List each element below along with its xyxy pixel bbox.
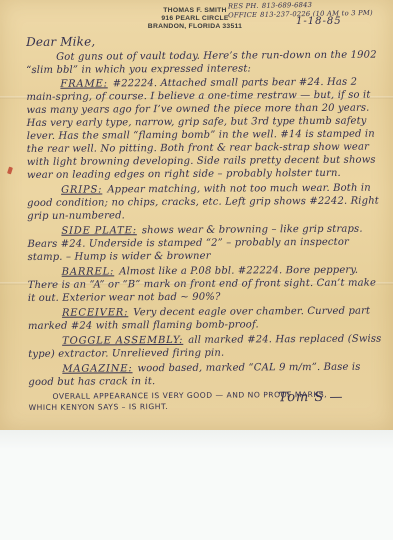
section-frame-text: #22224. Attached small parts bear #24. H… [26, 77, 375, 181]
scanned-letter: THOMAS F. SMITH 916 PEARL CIRCLE BRANDON… [0, 0, 393, 540]
salutation: Dear Mike, [26, 33, 385, 49]
section-frame: FRAME:#22224. Attached small parts bear … [26, 75, 386, 182]
section-side-plate: SIDE PLATE:shows wear & browning – like … [27, 222, 386, 264]
section-barrel-heading: BARREL: [62, 266, 115, 277]
section-barrel: BARREL:Almost like a P.08 bbl. #22224. B… [28, 263, 387, 305]
letter-body: Dear Mike, Got guns out of vault today. … [26, 33, 388, 405]
letterhead-address-line2: BRANDON, FLORIDA 33511 [130, 23, 260, 31]
section-receiver: RECEIVER:Very decent eagle over chamber.… [28, 304, 387, 333]
office-phone-label: OFFICE [228, 10, 257, 19]
section-toggle-assembly-heading: TOGGLE ASSEMBLY: [62, 335, 183, 347]
letter-paper: THOMAS F. SMITH 916 PEARL CIRCLE BRANDON… [0, 0, 393, 430]
res-phone-label: RES PH. [228, 2, 259, 11]
res-phone-number: 813-689-6843 [262, 1, 312, 10]
red-mark-icon [7, 167, 13, 175]
section-magazine: MAGAZINE:wood based, marked “CAL 9 m/m”.… [28, 360, 387, 389]
letter-date: 1-18-85 [296, 16, 342, 27]
section-receiver-heading: RECEIVER: [62, 307, 128, 318]
section-grips-heading: GRIPS: [61, 184, 102, 195]
intro-paragraph: Got guns out of vault today. Here’s the … [26, 48, 385, 77]
section-magazine-heading: MAGAZINE: [62, 363, 132, 374]
section-side-plate-heading: SIDE PLATE: [61, 225, 137, 237]
scanner-background [0, 430, 393, 540]
section-frame-heading: FRAME: [60, 78, 107, 89]
section-toggle-assembly: TOGGLE ASSEMBLY:all marked #24. Has repl… [28, 332, 387, 361]
section-grips: GRIPS:Appear matching, with not too much… [27, 181, 386, 223]
